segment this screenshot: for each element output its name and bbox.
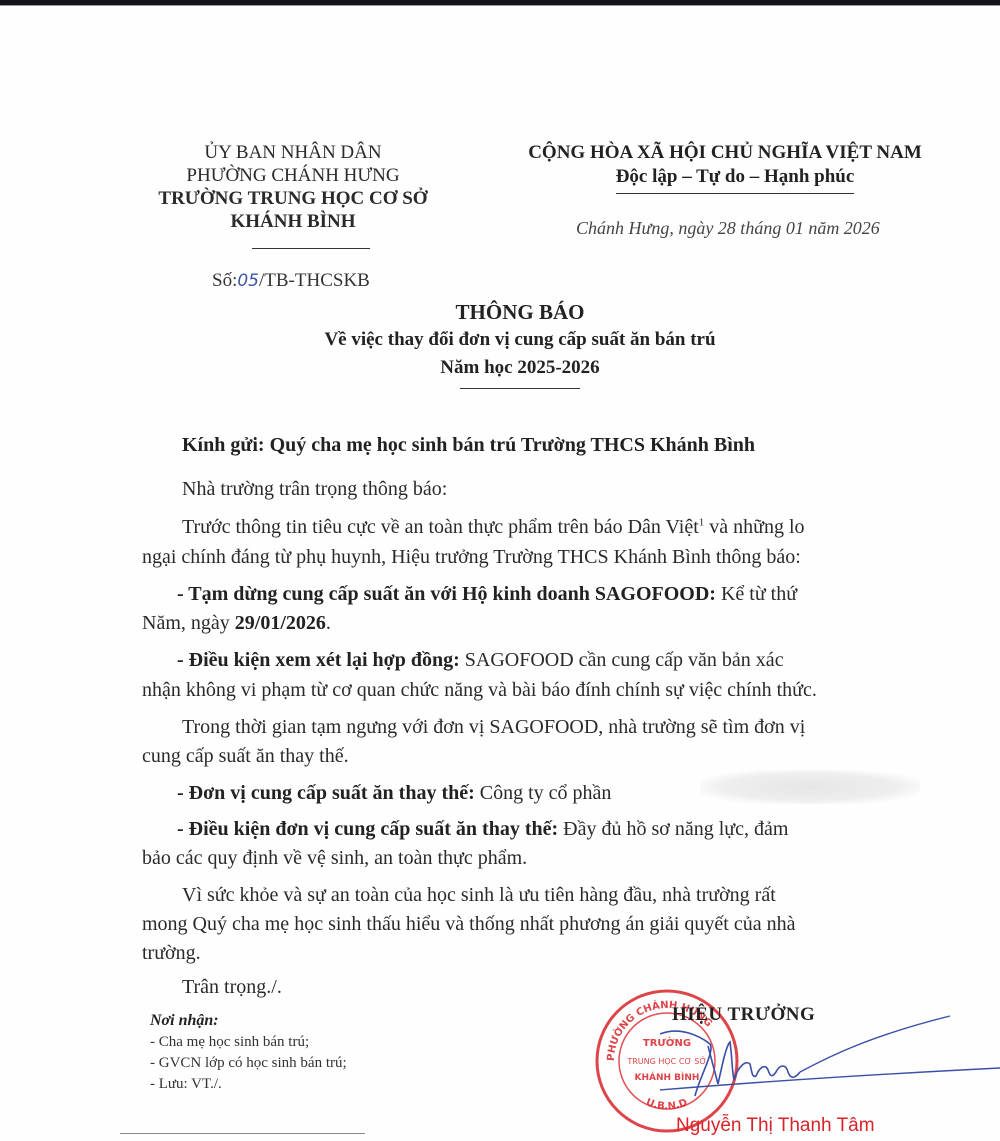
item-4-line-2: bảo các quy định về vệ sinh, an toàn thự… <box>142 847 527 870</box>
signer-name: Nguyễn Thị Thanh Tâm <box>676 1115 875 1137</box>
item-2-label: - Điều kiện xem xét lại hợp đồng: <box>177 649 460 671</box>
paragraph-1-line-1: Trước thông tin tiêu cực về an toàn thực… <box>182 516 805 539</box>
national-header: CỘNG HÒA XÃ HỘI CHỦ NGHĨA VIỆT NAM Độc l… <box>490 141 960 194</box>
document-number: Số:05/TB-THCSKB <box>212 270 370 292</box>
document-number-handwritten: 05 <box>237 271 259 291</box>
recipient-item: - GVCN lớp có học sinh bán trú; <box>150 1055 347 1072</box>
document-date: Chánh Hưng, ngày 28 tháng 01 năm 2026 <box>576 218 880 239</box>
paragraph-1-line-2: ngại chính đáng từ phụ huynh, Hiệu trưởn… <box>142 546 801 569</box>
title-divider <box>460 388 580 389</box>
nation-name: CỘNG HÒA XÃ HỘI CHỦ NGHĨA VIỆT NAM <box>490 141 960 165</box>
closing: Trân trọng./. <box>182 976 282 999</box>
item-4-label: - Điều kiện đơn vị cung cấp suất ăn thay… <box>177 818 558 840</box>
greeting: Kính gửi: Quý cha mẹ học sinh bán trú Tr… <box>182 434 755 457</box>
intro: Nhà trường trân trọng thông báo: <box>182 478 447 501</box>
document-type: THÔNG BÁO <box>260 298 780 326</box>
item-1-date: 29/01/2026 <box>235 612 326 634</box>
item-1-line-2: Năm, ngày 29/01/2026. <box>142 612 331 635</box>
item-1-line-1: - Tạm dừng cung cấp suất ăn với Hộ kinh … <box>177 583 797 606</box>
authority-divider <box>252 248 370 249</box>
item-3-text: Công ty cổ phần <box>475 782 612 804</box>
item-1-label: - Tạm dừng cung cấp suất ăn với Hộ kinh … <box>177 583 716 605</box>
school-year: Năm học 2025-2026 <box>260 354 780 382</box>
issuing-authority: ỦY BAN NHÂN DÂN PHƯỜNG CHÁNH HƯNG TRƯỜNG… <box>140 141 446 233</box>
recipient-item: - Cha mẹ học sinh bán trú; <box>150 1034 309 1051</box>
document-title: THÔNG BÁO Về việc thay đổi đơn vị cung c… <box>260 298 780 382</box>
footnote-divider <box>120 1133 365 1134</box>
item-2-line-1: - Điều kiện xem xét lại hợp đồng: SAGOFO… <box>177 649 784 672</box>
item-3-label: - Đơn vị cung cấp suất ăn thay thế: <box>177 782 475 804</box>
authority-line-4: KHÁNH BÌNH <box>140 210 446 233</box>
authority-line-3: TRƯỜNG TRUNG HỌC CƠ SỞ <box>140 187 446 210</box>
paragraph-1-text-cont: và những lo <box>704 516 804 538</box>
recipients-title: Nơi nhận: <box>150 1012 219 1030</box>
authority-line-1: ỦY BAN NHÂN DÂN <box>140 141 446 164</box>
item-2-line-2: nhận không vi phạm từ cơ quan chức năng … <box>142 679 817 702</box>
document-subject: Về việc thay đổi đơn vị cung cấp suất ăn… <box>260 326 780 354</box>
paragraph-2-line-1: Trong thời gian tạm ngưng với đơn vị SAG… <box>182 716 805 739</box>
redacted-company-name <box>700 770 920 804</box>
document-number-suffix: /TB-THCSKB <box>259 270 370 291</box>
item-4-text: Đầy đủ hồ sơ năng lực, đảm <box>558 818 788 840</box>
paragraph-3-line-2: mong Quý cha mẹ học sinh thấu hiểu và th… <box>142 913 796 936</box>
recipient-item: - Lưu: VT./. <box>150 1076 222 1093</box>
item-1-period: . <box>326 612 331 634</box>
authority-line-2: PHƯỜNG CHÁNH HƯNG <box>140 164 446 187</box>
paragraph-1-text: Trước thông tin tiêu cực về an toàn thực… <box>182 516 699 538</box>
paragraph-2-line-2: cung cấp suất ăn thay thế. <box>142 745 349 768</box>
top-bar-edge <box>0 5 1000 6</box>
item-2-text: SAGOFOOD cần cung cấp văn bản xác <box>460 649 784 671</box>
item-4-line-1: - Điều kiện đơn vị cung cấp suất ăn thay… <box>177 818 788 841</box>
item-1-text-cont: Năm, ngày <box>142 612 235 634</box>
item-3-line: - Đơn vị cung cấp suất ăn thay thế: Công… <box>177 782 611 805</box>
item-1-text: Kể từ thứ <box>716 583 797 605</box>
paragraph-3-line-3: trường. <box>142 942 201 965</box>
document-number-prefix: Số: <box>212 270 237 291</box>
paragraph-3-line-1: Vì sức khỏe và sự an toàn của học sinh l… <box>182 884 776 907</box>
national-motto: Độc lập – Tự do – Hạnh phúc <box>616 165 855 194</box>
handwritten-signature-icon <box>660 1006 1000 1106</box>
